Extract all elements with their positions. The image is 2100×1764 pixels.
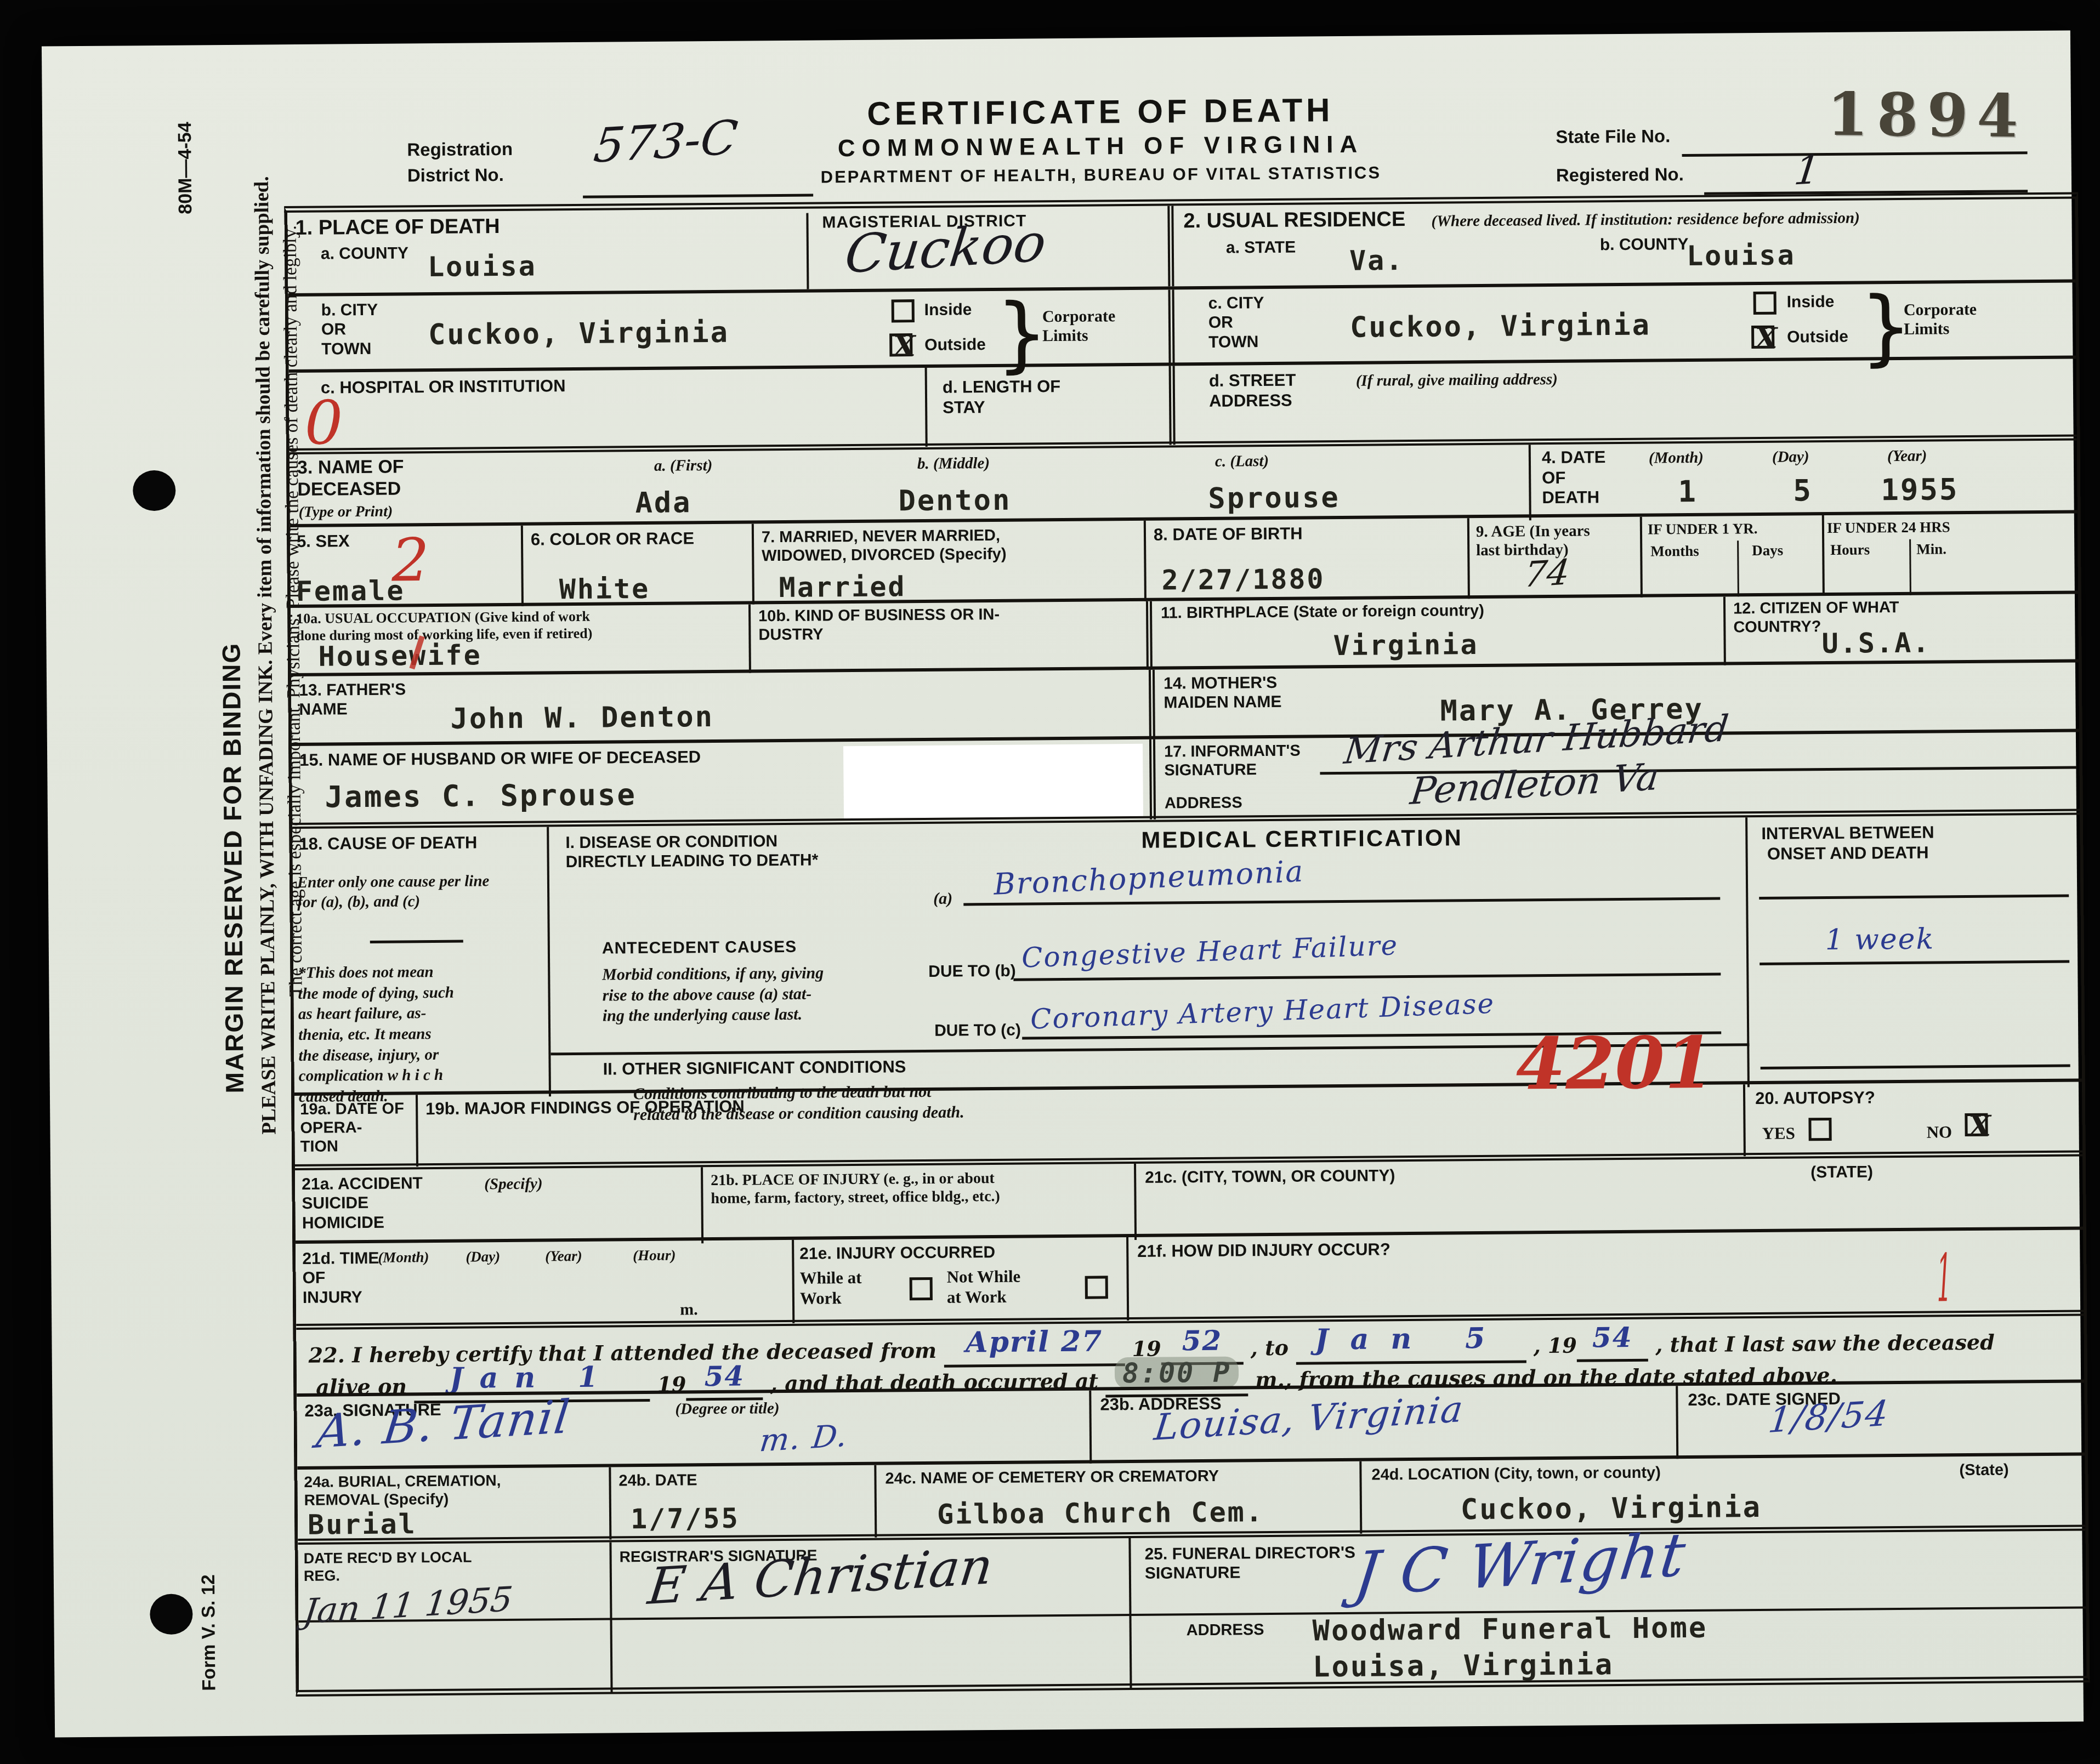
death-outside-checkmark: X	[893, 329, 916, 363]
residence-outside-checkbox: X	[1751, 326, 1774, 349]
injury-state-label: (STATE)	[1810, 1162, 1873, 1182]
type-or-print-note: (Type or Print)	[298, 502, 393, 522]
physician-signature-cell: 23a. SIGNATURE (Degree or title) A. B. T…	[297, 1391, 1089, 1470]
interval-line-b	[1760, 941, 2069, 965]
county-label: a. COUNTY	[321, 243, 408, 264]
middle-name-value: Denton	[898, 484, 1011, 518]
certify-text-1: I hereby certify that I attended the dec…	[352, 1338, 937, 1367]
burial-location-value: Cuckoo, Virginia	[1461, 1491, 1762, 1526]
hospital-cell: c. HOSPITAL OR INSTITUTION 0	[289, 368, 926, 452]
accident-specify-note: (Specify)	[484, 1174, 543, 1194]
antecedent-causes-label: ANTECEDENT CAUSES	[602, 937, 797, 958]
medical-certification-cell: I. DISEASE OR CONDITION DIRECTLY LEADING…	[547, 817, 1747, 1096]
last-name-label: c. (Last)	[1215, 451, 1269, 471]
while-at-work-label: While at Work	[799, 1268, 861, 1308]
certificate-title: CERTIFICATE OF DEATH	[744, 90, 1457, 134]
death-city-cell: b. CITY OR TOWN Cuckoo, Virginia Inside …	[288, 289, 1169, 373]
not-while-at-work-label: Not While at Work	[946, 1267, 1020, 1307]
death-time-value: 8:00 P	[1115, 1357, 1239, 1390]
age-divider-hours-min	[1909, 539, 1911, 595]
mother-name-label: 14. MOTHER'S MAIDEN NAME	[1163, 673, 1282, 713]
margin-form-code: Form V. S. 12	[197, 1574, 220, 1691]
place-of-injury-label: 21b. PLACE OF INJURY (e. g., in or about…	[711, 1169, 1000, 1208]
how-injury-occurred-label: 21f. HOW DID INJURY OCCUR?	[1137, 1239, 1390, 1261]
time-of-injury-cell: 21d. TIME OF INJURY (Month) (Day) (Year)…	[296, 1240, 792, 1327]
date-signed-value: 1/8/54	[1766, 1393, 1891, 1441]
time-of-injury-label: 21d. TIME OF INJURY	[302, 1249, 379, 1307]
degree-value: m. D.	[758, 1418, 850, 1459]
injury-city-label: 21c. (CITY, TOWN, OR COUNTY)	[1145, 1166, 1395, 1187]
burial-location-state-label: (State)	[1959, 1460, 2009, 1480]
due-to-c-label: DUE TO (c)	[934, 1021, 1021, 1041]
injury-year-label: (Year)	[545, 1247, 582, 1266]
informant-address-label: ADDRESS	[1165, 793, 1242, 812]
funeral-address-line1: Woodward Funeral Home	[1312, 1612, 1707, 1648]
registration-label: Registration	[407, 139, 513, 161]
funeral-director-label: 25. FUNERAL DIRECTOR'S SIGNATURE	[1144, 1543, 1355, 1584]
burial-type-label: 24a. BURIAL, CREMATION, REMOVAL (Specify…	[304, 1471, 501, 1509]
cemetery-value: Gilboa Church Cem.	[937, 1496, 1264, 1530]
accident-cell: 21a. ACCIDENT SUICIDE HOMICIDE (Specify)	[295, 1167, 701, 1247]
interval-label: INTERVAL BETWEEN ONSET AND DEATH	[1761, 823, 1934, 864]
date-of-birth-cell: 8. DATE OF BIRTH 2/27/1880	[1144, 518, 1468, 601]
residence-city-cell: c. CITY OR TOWN Cuckoo, Virginia Inside …	[1168, 282, 2076, 366]
informant-signature-label: 17. INFORMANT'S SIGNATURE	[1164, 742, 1301, 780]
sex-cell: 5. SEX Female 2	[290, 526, 521, 608]
date-of-death-cell: 4. DATE OF DEATH (Month) (Day) (Year) 1 …	[1529, 440, 2078, 520]
residence-outside-checkmark: X	[1755, 322, 1778, 355]
usual-residence-note: (Where deceased lived. If institution: r…	[1431, 208, 1860, 231]
row-cause-of-death: 18. CAUSE OF DEATH Enter only one cause …	[292, 809, 2082, 1099]
days-label: Days	[1752, 542, 1783, 560]
color-race-value: White	[559, 573, 650, 605]
first-name-label: a. (First)	[654, 456, 713, 476]
length-of-stay-label: d. LENGTH OF STAY	[943, 377, 1061, 418]
state-file-number-stamp: 1894	[1826, 80, 2027, 151]
county-value: Louisa	[428, 251, 537, 283]
dod-year-label: (Year)	[1887, 446, 1927, 466]
street-address-cell: d. STREET ADDRESS (If rural, give mailin…	[1169, 359, 2077, 445]
red-code-stamp-4201: 4201	[1516, 1021, 1715, 1106]
residence-county-label: b. COUNTY	[1600, 235, 1689, 255]
residence-outside-label: Outside	[1787, 327, 1848, 347]
sex-red-2-mark: 2	[391, 526, 430, 595]
date-received-label: DATE REC'D BY LOCAL REG.	[304, 1549, 472, 1585]
date-of-birth-label: 8. DATE OF BIRTH	[1154, 524, 1303, 545]
death-city-label: b. CITY OR TOWN	[321, 300, 378, 359]
date-of-operation-label: 19a. DATE OF OPERA- TION	[300, 1099, 416, 1156]
usual-residence-title: 2. USUAL RESIDENCE	[1183, 207, 1405, 234]
to-year-line: 54	[1577, 1327, 1648, 1362]
injury-hour-label: (Hour)	[633, 1247, 676, 1265]
birthplace-value: Virginia	[1333, 629, 1478, 662]
sex-label: 5. SEX	[297, 531, 350, 551]
autopsy-yes-checkbox	[1808, 1118, 1831, 1141]
certify-text-4: , that I last saw the deceased	[1655, 1330, 1995, 1357]
age-divider-1	[1640, 517, 1643, 598]
department-line: DEPARTMENT OF HEALTH, BUREAU OF VITAL ST…	[745, 162, 1457, 188]
interval-line-a	[1759, 875, 2069, 900]
cemetery-cell: 24c. NAME OF CEMETERY OR CREMATORY Gilbo…	[874, 1461, 1360, 1538]
spouse-name-value: James C. Sprouse	[325, 777, 637, 814]
date-received-cell: DATE REC'D BY LOCAL REG. Jan 11 1955	[298, 1543, 610, 1696]
dod-year-value: 1955	[1881, 472, 1959, 507]
to-year-value: 54	[1592, 1321, 1633, 1354]
major-findings-label: 19b. MAJOR FINDINGS OF OPERATION	[425, 1097, 745, 1119]
last-name-value: Sprouse	[1208, 481, 1340, 515]
cause-note-rule	[370, 940, 463, 943]
margin-binding-note: MARGIN RESERVED FOR BINDING	[216, 642, 249, 1094]
citizen-cell: 12. CITIZEN OF WHAT COUNTRY? U.S.A.	[1723, 594, 2079, 665]
place-of-injury-cell: 21b. PLACE OF INJURY (e. g., in or about…	[701, 1164, 1134, 1243]
length-of-stay-cell: d. LENGTH OF STAY	[925, 366, 1170, 446]
min-label: Min.	[1916, 540, 1946, 558]
certificate-form: 1. PLACE OF DEATH a. COUNTY Louisa MAGIS…	[284, 192, 2090, 1697]
autopsy-no-checkbox: X	[1965, 1113, 1988, 1136]
burial-date-cell: 24b. DATE 1/7/55	[609, 1465, 875, 1540]
margin-print-code: 80M—4-54	[174, 122, 196, 214]
cause-note-one: Enter only one cause per line for (a), (…	[297, 871, 490, 912]
age-divider-months-days	[1737, 540, 1739, 596]
occupation-cell: 10a. USUAL OCCUPATION (Give kind of work…	[291, 604, 749, 676]
punch-hole-top	[133, 470, 176, 511]
death-city-value: Cuckoo, Virginia	[428, 316, 729, 351]
punch-hole-bottom	[150, 1594, 193, 1635]
degree-title-label: (Degree or title)	[675, 1398, 779, 1419]
burial-location-cell: 24d. LOCATION (City, town, or county) (S…	[1359, 1455, 2085, 1533]
residence-inside-checkbox	[1753, 292, 1777, 315]
father-name-label: 13. FATHER'S NAME	[299, 680, 406, 719]
father-name-value: John W. Denton	[450, 701, 714, 736]
residence-state-label: a. STATE	[1226, 238, 1296, 258]
middle-name-label: b. (Middle)	[917, 453, 990, 474]
cause-of-death-title: 18. CAUSE OF DEATH	[299, 833, 477, 854]
cause-note-two: *This does not mean the mode of dying, s…	[298, 962, 455, 1108]
business-industry-cell: 10b. KIND OF BUSINESS OR IN- DUSTRY	[748, 601, 1147, 673]
funeral-address-line2: Louisa, Virginia	[1313, 1648, 1614, 1683]
red-stroke-mark: 1	[1937, 1241, 1952, 1317]
dod-day-value: 5	[1793, 473, 1813, 508]
margin-write-plainly-note: PLEASE WRITE PLAINLY, WITH UNFADING INK.…	[250, 176, 281, 1134]
death-inside-checkbox	[892, 299, 915, 322]
certify-text-2: , to	[1251, 1335, 1289, 1361]
sex-value: Female	[296, 574, 405, 607]
injury-month-label: (Month)	[378, 1248, 429, 1267]
under-24hrs-label: IF UNDER 24 HRS	[1827, 519, 1950, 537]
other-significant-label: II. OTHER SIGNIFICANT CONDITIONS	[603, 1057, 906, 1079]
state-file-label: State File No.	[1556, 126, 1670, 148]
date-received-value: Jan 11 1955	[302, 1579, 515, 1631]
informant-cell: 17. INFORMANT'S SIGNATURE Mrs Arthur Hub…	[1149, 732, 2080, 819]
marital-status-value: Married	[779, 571, 906, 604]
occupation-label: 10a. USUAL OCCUPATION (Give kind of work…	[296, 608, 592, 645]
interval-line-c	[1760, 1045, 2070, 1069]
birthplace-cell: 11. BIRTHPLACE (State or foreign country…	[1146, 597, 1724, 670]
street-address-label: d. STREET ADDRESS	[1209, 371, 1296, 411]
attended-from-value: April 27	[966, 1324, 1103, 1359]
injury-occurred-label: 21e. INJURY OCCURRED	[799, 1243, 995, 1264]
residence-state-value: Va.	[1349, 244, 1404, 277]
marital-status-label: 7. MARRIED, NEVER MARRIED, WIDOWED, DIVO…	[762, 526, 1007, 566]
magisterial-divider	[806, 213, 809, 289]
under-1yr-label: IF UNDER 1 YR.	[1648, 520, 1758, 538]
physician-signature-value: A. B. Tanil	[314, 1390, 573, 1459]
commonwealth-subtitle: COMMONWEALTH OF VIRGINIA	[744, 129, 1457, 163]
birthplace-label: 11. BIRTHPLACE (State or foreign country…	[1161, 601, 1484, 623]
dod-day-label: (Day)	[1772, 447, 1809, 467]
age-divider-2	[1822, 515, 1825, 596]
row-registrar-funeral: DATE REC'D BY LOCAL REG. Jan 11 1955 REG…	[298, 1524, 2086, 1696]
injury-day-label: (Day)	[466, 1248, 500, 1266]
cause-of-death-sidebar: 18. CAUSE OF DEATH Enter only one cause …	[292, 827, 549, 1099]
death-outside-label: Outside	[924, 335, 986, 355]
father-name-cell: 13. FATHER'S NAME John W. Denton	[291, 670, 1149, 746]
death-inside-label: Inside	[924, 300, 972, 320]
date-of-operation-cell: 19a. DATE OF OPERA- TION	[294, 1095, 416, 1168]
cemetery-label: 24c. NAME OF CEMETERY OR CREMATORY	[885, 1467, 1219, 1488]
place-of-death-cell: 1. PLACE OF DEATH a. COUNTY Louisa MAGIS…	[287, 206, 1168, 293]
autopsy-cell: 20. AUTOPSY? YES NO X	[1743, 1082, 2082, 1156]
funeral-address-label: ADDRESS	[1187, 1620, 1264, 1640]
disease-condition-label: I. DISEASE OR CONDITION DIRECTLY LEADING…	[565, 832, 818, 872]
not-while-at-work-checkbox	[1085, 1276, 1108, 1299]
spouse-name-cell: 15. NAME OF HUSBAND OR WIFE OF DECEASED …	[292, 739, 1150, 826]
alive-year-value: 54	[704, 1360, 745, 1393]
interval-cell: INTERVAL BETWEEN ONSET AND DEATH 1 week	[1745, 815, 2082, 1087]
district-no-label: District No.	[407, 164, 504, 186]
death-corporate-label: Corporate Limits	[1042, 306, 1116, 346]
morbid-conditions-note: Morbid conditions, if any, giving rise t…	[602, 963, 824, 1026]
street-address-note: (If rural, give mailing address)	[1356, 369, 1558, 391]
autopsy-yes-label: YES	[1762, 1124, 1795, 1144]
certify-no: 22.	[309, 1342, 345, 1368]
autopsy-no-checkmark: X	[1968, 1109, 1991, 1143]
residence-city-value: Cuckoo, Virginia	[1350, 309, 1651, 344]
magisterial-district-value: Cuckoo	[842, 212, 1049, 285]
injury-m-label: m.	[680, 1300, 698, 1319]
burial-location-label: 24d. LOCATION (City, town, or county)	[1371, 1463, 1661, 1484]
while-at-work-checkbox	[910, 1277, 933, 1300]
registrar-signature-cell: REGISTRAR'S SIGNATURE E A Christian	[609, 1538, 1130, 1693]
place-of-death-title: 1. PLACE OF DEATH	[295, 214, 500, 241]
hours-label: Hours	[1830, 541, 1870, 559]
cause-a-label: (a)	[933, 889, 952, 909]
burial-type-value: Burial	[308, 1508, 417, 1541]
name-of-deceased-title: 3. NAME OF DECEASED	[297, 456, 404, 500]
first-name-value: Ada	[635, 486, 691, 520]
funeral-director-signature: J C Wright	[1350, 1520, 1690, 1609]
autopsy-no-label: NO	[1926, 1122, 1952, 1142]
scanned-death-certificate: { "margin": { "print_code": "80M—4-54", …	[0, 0, 2100, 1764]
occupation-value: Housewife	[318, 639, 481, 672]
residence-county-value: Louisa	[1687, 239, 1796, 272]
alive-on-value: Jan 1	[450, 1360, 615, 1395]
redaction-box	[843, 744, 1143, 818]
registered-no-label: Registered No.	[1556, 164, 1684, 186]
physician-address-cell: 23b. ADDRESS Louisa, Virginia	[1089, 1386, 1676, 1463]
certify-text-3: , 19	[1533, 1333, 1577, 1358]
burial-date-value: 1/7/55	[631, 1503, 740, 1535]
marital-status-cell: 7. MARRIED, NEVER MARRIED, WIDOWED, DIVO…	[752, 521, 1144, 605]
attended-to-value: Jan 5	[1315, 1322, 1507, 1357]
months-label: Months	[1650, 543, 1699, 561]
autopsy-label: 20. AUTOPSY?	[1755, 1088, 1875, 1108]
color-race-label: 6. COLOR OR RACE	[531, 528, 694, 550]
hospital-label: c. HOSPITAL OR INSTITUTION	[321, 376, 566, 398]
accident-label: 21a. ACCIDENT SUICIDE HOMICIDE	[302, 1174, 423, 1233]
usual-residence-cell: 2. USUAL RESIDENCE (Where deceased lived…	[1167, 198, 2075, 286]
burial-type-cell: 24a. BURIAL, CREMATION, REMOVAL (Specify…	[297, 1467, 609, 1542]
dod-month-label: (Month)	[1649, 448, 1704, 468]
age-cell: 9. AGE (In years last birthday) 74 IF UN…	[1467, 513, 2078, 599]
citizen-value: U.S.A.	[1821, 627, 1931, 660]
injury-occurred-cell: 21e. INJURY OCCURRED While at Work Not W…	[792, 1237, 1127, 1323]
spouse-name-label: 15. NAME OF HUSBAND OR WIFE OF DECEASED	[299, 747, 701, 770]
residence-corporate-label: Corporate Limits	[1904, 300, 1977, 339]
date-signed-cell: 23c. DATE SIGNED 1/8/54	[1676, 1382, 2085, 1459]
age-value: 74	[1522, 553, 1572, 596]
death-outside-checkbox: X	[889, 333, 912, 356]
row-place-residence: 1. PLACE OF DEATH a. COUNTY Louisa MAGIS…	[287, 198, 2075, 293]
date-of-death-title: 4. DATE OF DEATH	[1542, 447, 1606, 508]
registered-no-underline	[1704, 146, 2028, 195]
how-injury-occurred-cell: 21f. HOW DID INJURY OCCUR? 1	[1126, 1230, 2084, 1321]
residence-inside-label: Inside	[1787, 292, 1835, 312]
certificate-paper: 80M—4-54 MARGIN RESERVED FOR BINDING PLE…	[42, 31, 2084, 1738]
burial-date-label: 24b. DATE	[618, 1471, 697, 1490]
color-race-cell: 6. COLOR OR RACE White	[521, 523, 752, 606]
date-of-birth-value: 2/27/1880	[1161, 563, 1325, 596]
medical-certification-header: MEDICAL CERTIFICATION	[1141, 824, 1463, 853]
funeral-director-cell: 25. FUNERAL DIRECTOR'S SIGNATURE J C Wri…	[1128, 1530, 2086, 1689]
dod-month-value: 1	[1678, 474, 1698, 509]
business-industry-label: 10b. KIND OF BUSINESS OR IN- DUSTRY	[758, 605, 1000, 645]
from-year-value: 52	[1182, 1324, 1222, 1357]
residence-city-label: c. CITY OR TOWN	[1208, 293, 1265, 352]
due-to-b-label: DUE TO (b)	[928, 961, 1016, 982]
